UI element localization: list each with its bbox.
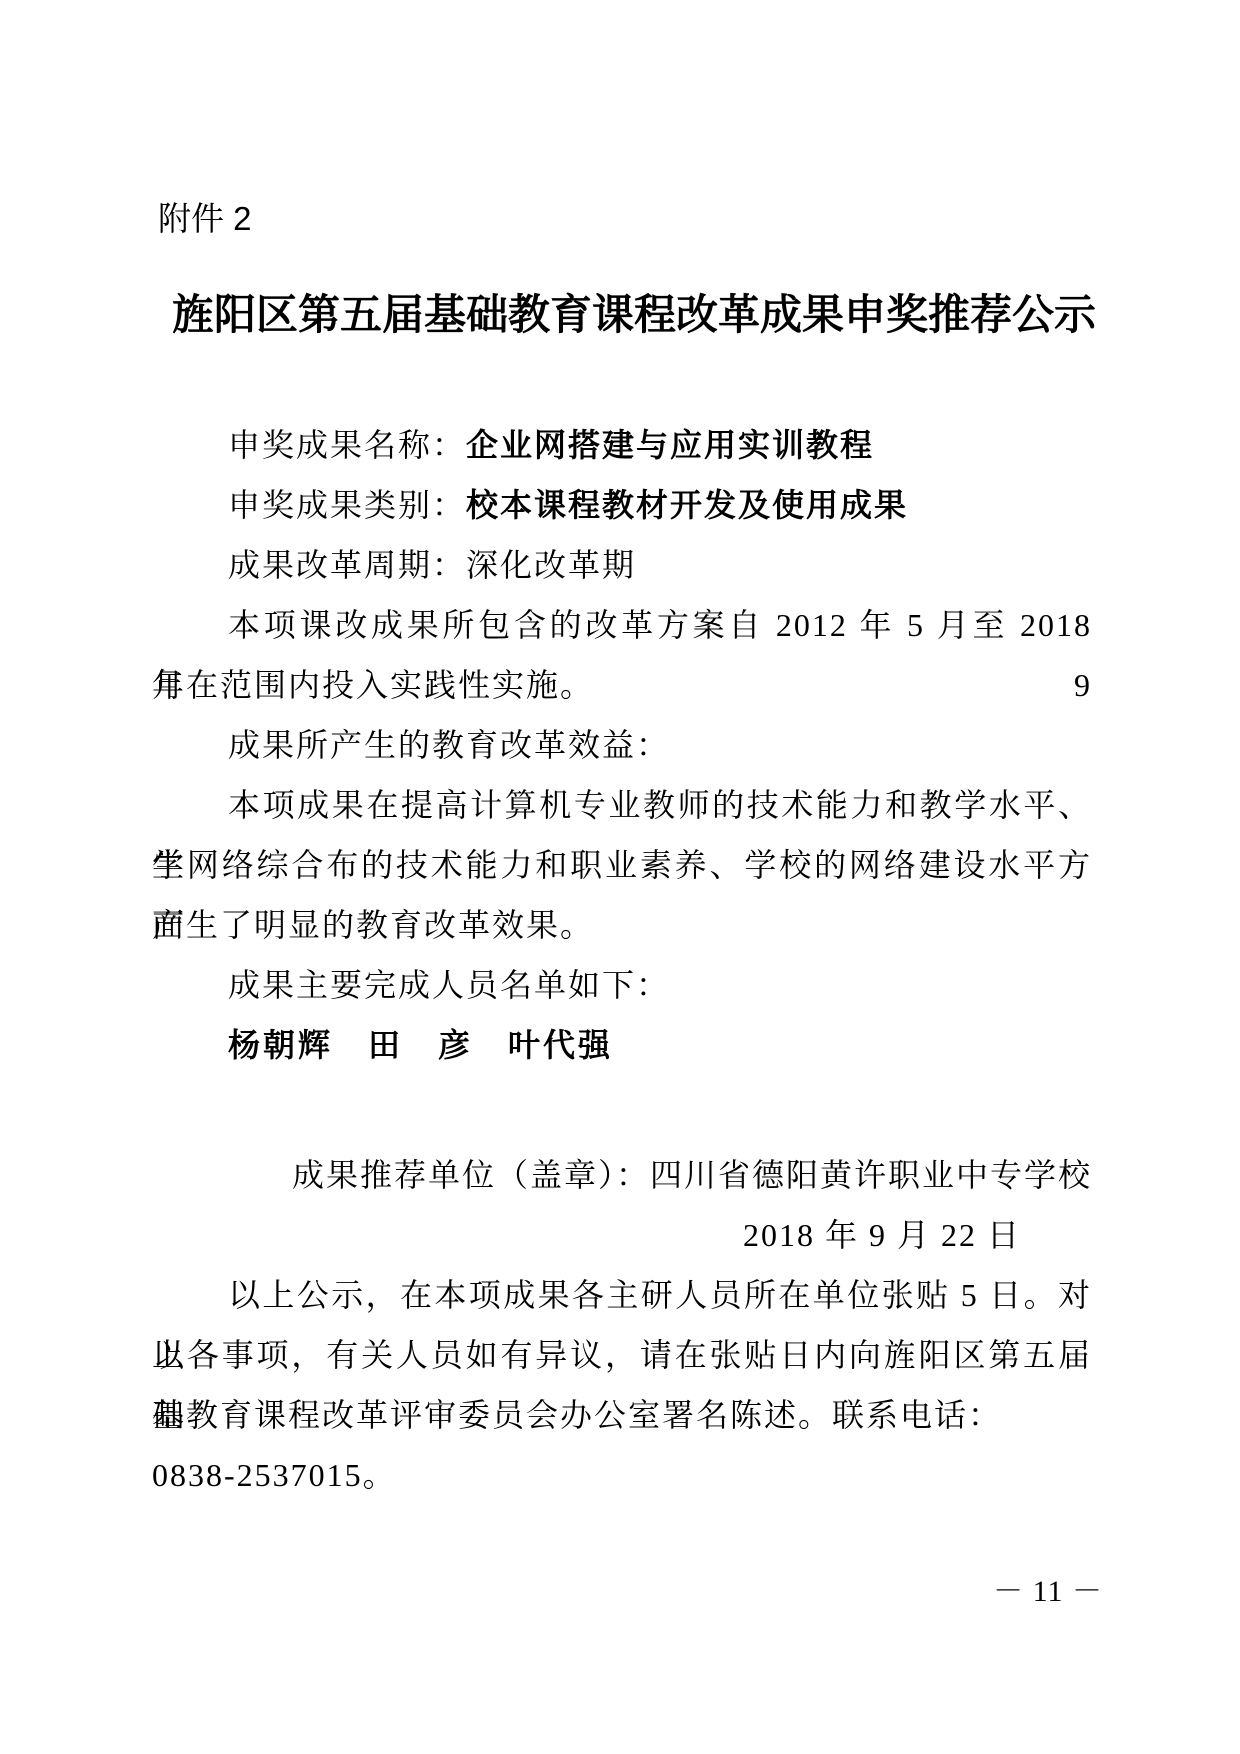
recommend-unit-line: 成果推荐单位（盖章）：四川省德阳黄许职业中专学校 [152,1145,1092,1205]
benefit-paragraph-line2: 生网络综合布的技术能力和职业素养、学校的网络建设水平方面 [152,835,1092,895]
period-paragraph-line1: 本项课改成果所包含的改革方案自 2012 年 5 月至 2018 年 9 [152,595,1092,655]
field-reform-period: 成果改革周期：深化改革期 [152,535,1092,595]
benefit-paragraph-line1: 本项成果在提高计算机专业教师的技术能力和教学水平、学 [152,775,1092,835]
benefit-heading: 成果所产生的教育改革效益： [152,715,1092,775]
benefit-paragraph-line3: 产生了明显的教育改革效果。 [152,895,1092,955]
field-result-category-label: 申奖成果类别： [228,487,466,523]
document-page: 附件 2 旌阳区第五届基础教育课程改革成果申奖推荐公示 申奖成果名称：企业网搭建… [0,0,1240,1754]
page-number: － 11 － [993,1572,1103,1612]
field-result-category-value: 校本课程教材开发及使用成果 [466,487,908,523]
field-result-name: 申奖成果名称：企业网搭建与应用实训教程 [152,415,1092,475]
notice-line4: 0838-2537015。 [152,1445,1092,1505]
body-main: 申奖成果名称：企业网搭建与应用实训教程 申奖成果类别：校本课程教材开发及使用成果… [152,415,1092,1075]
notice-line2: 上各事项，有关人员如有异议，请在张贴日内向旌阳区第五届基 [152,1325,1092,1385]
field-result-category: 申奖成果类别：校本课程教材开发及使用成果 [152,475,1092,535]
field-reform-period-label: 成果改革周期： [228,547,466,583]
field-result-name-value: 企业网搭建与应用实训教程 [466,427,874,463]
attachment-label: 附件 2 [158,198,252,240]
recommend-unit-block: 成果推荐单位（盖章）：四川省德阳黄许职业中专学校 [152,1145,1092,1205]
notice-line3: 础教育课程改革评审委员会办公室署名陈述。联系电话： [152,1385,1092,1445]
document-date: 2018 年 9 月 22 日 [152,1205,1092,1265]
field-result-name-label: 申奖成果名称： [228,427,466,463]
notice-line1: 以上公示，在本项成果各主研人员所在单位张贴 5 日。对以 [152,1265,1092,1325]
field-reform-period-value: 深化改革期 [466,547,636,583]
notice-block: 以上公示，在本项成果各主研人员所在单位张贴 5 日。对以 上各事项，有关人员如有… [152,1265,1092,1505]
members-names: 杨朝辉 田 彦 叶代强 [152,1015,1092,1075]
document-title: 旌阳区第五届基础教育课程改革成果申奖推荐公示 [0,286,1240,346]
members-heading: 成果主要完成人员名单如下： [152,955,1092,1015]
date-block: 2018 年 9 月 22 日 [152,1205,1092,1265]
